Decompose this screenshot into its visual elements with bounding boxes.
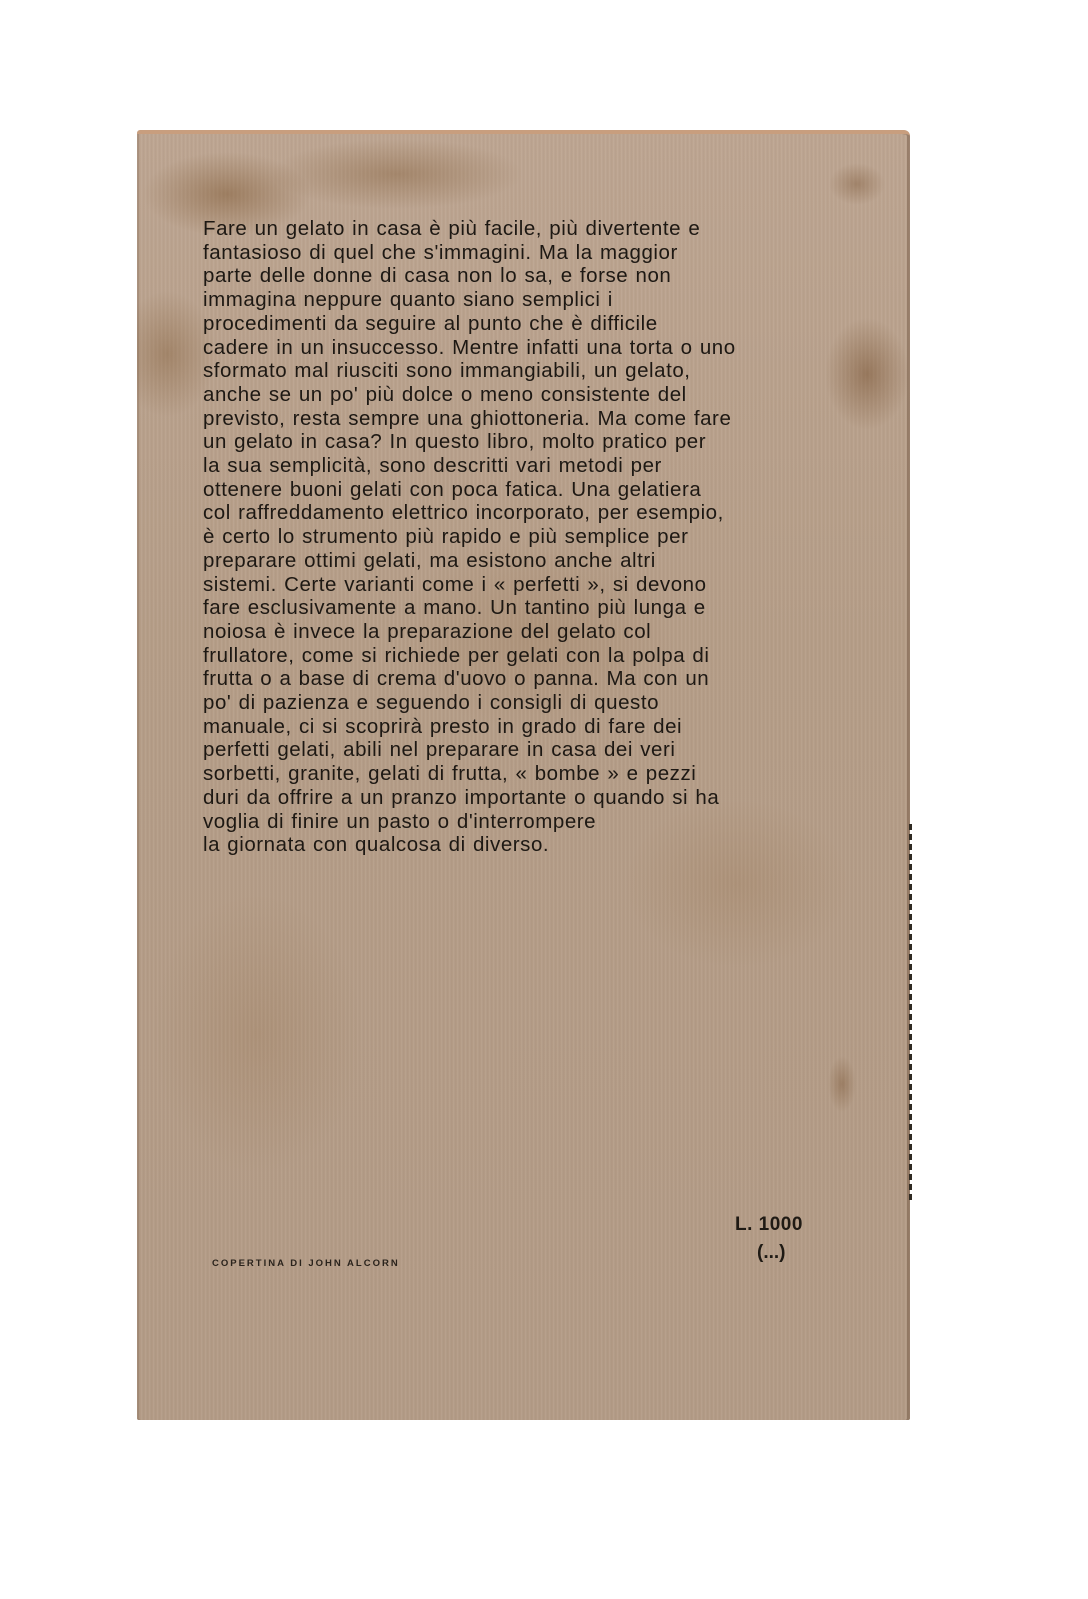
cover-credit: COPERTINA DI JOHN ALCORN: [212, 1258, 400, 1269]
book-back-cover: Fare un gelato in casa è più facile, più…: [137, 130, 910, 1420]
price: L. 1000: [735, 1214, 803, 1236]
blurb-line: immagina neppure quanto siano semplici i: [203, 288, 843, 312]
spine-edge: [909, 824, 912, 1204]
blurb-line: po' di pazienza e seguendo i consigli di…: [203, 691, 843, 715]
blurb-line: è certo lo strumento più rapido e più se…: [203, 525, 843, 549]
blurb-line: fare esclusivamente a mano. Un tantino p…: [203, 596, 843, 620]
blurb-line: sorbetti, granite, gelati di frutta, « b…: [203, 762, 843, 786]
blurb-line: cadere in un insuccesso. Mentre infatti …: [203, 336, 843, 360]
blurb-line: la sua semplicità, sono descritti vari m…: [203, 454, 843, 478]
blurb-line: manuale, ci si scoprirà presto in grado …: [203, 715, 843, 739]
blurb-line: frullatore, come si richiede per gelati …: [203, 644, 843, 668]
price-note: (...): [757, 1242, 786, 1264]
blurb-line: procedimenti da seguire al punto che è d…: [203, 312, 843, 336]
blurb-line: preparare ottimi gelati, ma esistono anc…: [203, 549, 843, 573]
blurb-line: duri da offrire a un pranzo importante o…: [203, 786, 843, 810]
blurb-line: previsto, resta sempre una ghiottoneria.…: [203, 407, 843, 431]
blurb-line: anche se un po' più dolce o meno consist…: [203, 383, 843, 407]
blurb-line: sformato mal riusciti sono immangiabili,…: [203, 359, 843, 383]
blurb-line: perfetti gelati, abili nel preparare in …: [203, 738, 843, 762]
blurb-line: ottenere buoni gelati con poca fatica. U…: [203, 478, 843, 502]
blurb-text: Fare un gelato in casa è più facile, più…: [203, 217, 843, 857]
blurb-line: fantasioso di quel che s'immagini. Ma la…: [203, 241, 843, 265]
blurb-line: voglia di finire un pasto o d'interrompe…: [203, 810, 843, 834]
blurb-line: parte delle donne di casa non lo sa, e f…: [203, 264, 843, 288]
blurb-line: la giornata con qualcosa di diverso.: [203, 833, 843, 857]
blurb-line: un gelato in casa? In questo libro, molt…: [203, 430, 843, 454]
blurb-line: Fare un gelato in casa è più facile, più…: [203, 217, 843, 241]
blurb-line: noiosa è invece la preparazione del gela…: [203, 620, 843, 644]
blurb-line: sistemi. Certe varianti come i « perfett…: [203, 573, 843, 597]
blurb-line: frutta o a base di crema d'uovo o panna.…: [203, 667, 843, 691]
blurb-line: col raffreddamento elettrico incorporato…: [203, 501, 843, 525]
